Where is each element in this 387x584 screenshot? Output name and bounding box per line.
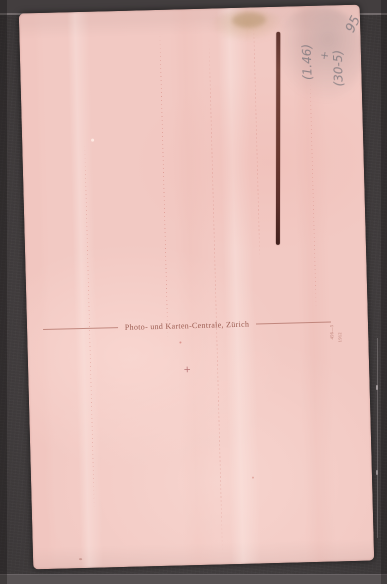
paper-speck	[91, 139, 94, 142]
small-cross-mark: +	[181, 364, 193, 376]
scanner-background: Photo- und Karten-Centrale, Zürich 456—5…	[0, 0, 387, 584]
background-right-shadow	[381, 0, 387, 584]
scanner-bottom-band	[0, 574, 387, 584]
background-left-shadow	[0, 0, 7, 584]
paper-speck	[179, 341, 181, 343]
imprint-rule-left	[43, 327, 118, 330]
imprint-rule-right	[256, 321, 331, 324]
paper-speck	[79, 558, 82, 560]
fold-dotted-line	[208, 37, 223, 557]
publisher-imprint: Photo- und Karten-Centrale, Zürich	[43, 315, 331, 335]
background-dust-speck	[376, 470, 378, 475]
background-dust-speck	[376, 385, 378, 390]
pencil-corner-mark: 95	[340, 7, 369, 43]
fold-dotted-line	[310, 81, 317, 311]
background-scratch	[377, 338, 378, 538]
pencil-mark-2: (30-5)	[331, 38, 347, 98]
publisher-text: Photo- und Karten-Centrale, Zürich	[125, 319, 250, 331]
fold-dotted-line	[253, 21, 260, 261]
printer-code-text: 1912	[336, 302, 347, 342]
ink-streak-bar	[276, 32, 280, 245]
postcard-back: Photo- und Karten-Centrale, Zürich 456—5…	[19, 5, 374, 570]
printer-code-secondary: 1912	[336, 302, 347, 342]
fold-dotted-line	[159, 32, 168, 342]
paper-speck	[252, 477, 254, 479]
pencil-mark-1: (1.46)	[299, 32, 315, 92]
